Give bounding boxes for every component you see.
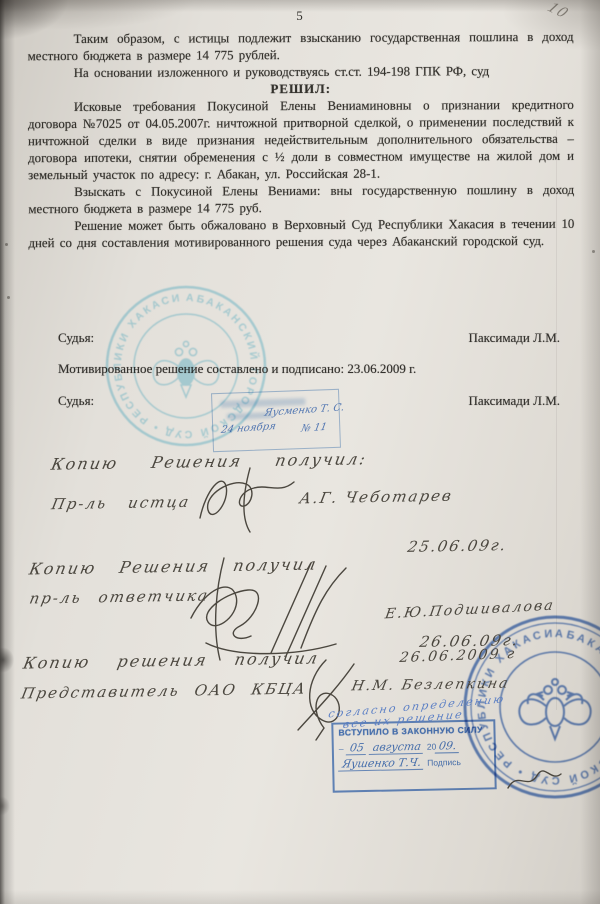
scan-speck (7, 296, 10, 299)
paragraph-recover-duty: Взыскать с Покусиной Елены Вениами: вны … (28, 182, 574, 218)
decision-text-block: Таким образом, с истицы подлежит взыскан… (28, 29, 575, 252)
scan-speck (592, 250, 595, 253)
faint-seal-eagle-emblem (153, 341, 219, 397)
page-number: 5 (0, 8, 600, 24)
paragraph-appeal: Решение может быть обжаловано в Верховны… (28, 216, 574, 252)
signature-clerk (503, 762, 565, 802)
handwritten-copy-received-3: Копию решения получил (22, 648, 321, 672)
handwritten-date-1: 25.06.09г. (406, 536, 509, 556)
scan-speck (5, 243, 8, 246)
court-seal-eagle-emblem (519, 679, 590, 739)
signature-kbca-rep (286, 650, 362, 746)
legal-force-sign-label: Подпись (427, 757, 461, 768)
handwritten-rep-plaintiff: Пр-ль истца (50, 493, 192, 513)
legal-force-year-hw: 09. (435, 739, 461, 754)
signature-defendant-rep (176, 548, 362, 664)
handwritten-rep-kbca: Представитель ОАО КБЦА (20, 680, 309, 703)
signature-plaintiff-rep (192, 462, 300, 538)
paragraph-claims: Исковые требования Покусиной Елены Вениа… (28, 97, 574, 184)
scanned-court-decision-page: 5 10 Таким образом, с истицы подлежит вз… (0, 0, 600, 904)
legal-force-clerk-name: Яушенко Т.Ч. (338, 756, 425, 772)
stamp-handwritten-date: 24 ноября (220, 421, 277, 436)
legal-force-clerk-row: Яушенко Т.Ч. Подпись (339, 754, 489, 771)
stamp-handwritten-number: № 11 (300, 422, 328, 435)
paragraph-state-duty: Таким образом, с истицы подлежит взыскан… (28, 29, 574, 65)
judge-label: Судья: (58, 330, 94, 346)
judge-name: Паксимади Л.М. (469, 393, 560, 409)
registry-copy-stamp: Яусменко Т. С. 24 ноября № 11 (211, 389, 341, 452)
handwritten-plaintiff-rep-name: А.Г. Чеботарев (298, 487, 455, 508)
handwritten-kbca-rep-name: Н.М. Безлепкина (350, 676, 511, 695)
legal-force-month: августа (369, 740, 425, 755)
judge-name: Паксимади Л.М. (469, 330, 560, 346)
judge-label: Судья: (58, 393, 94, 409)
